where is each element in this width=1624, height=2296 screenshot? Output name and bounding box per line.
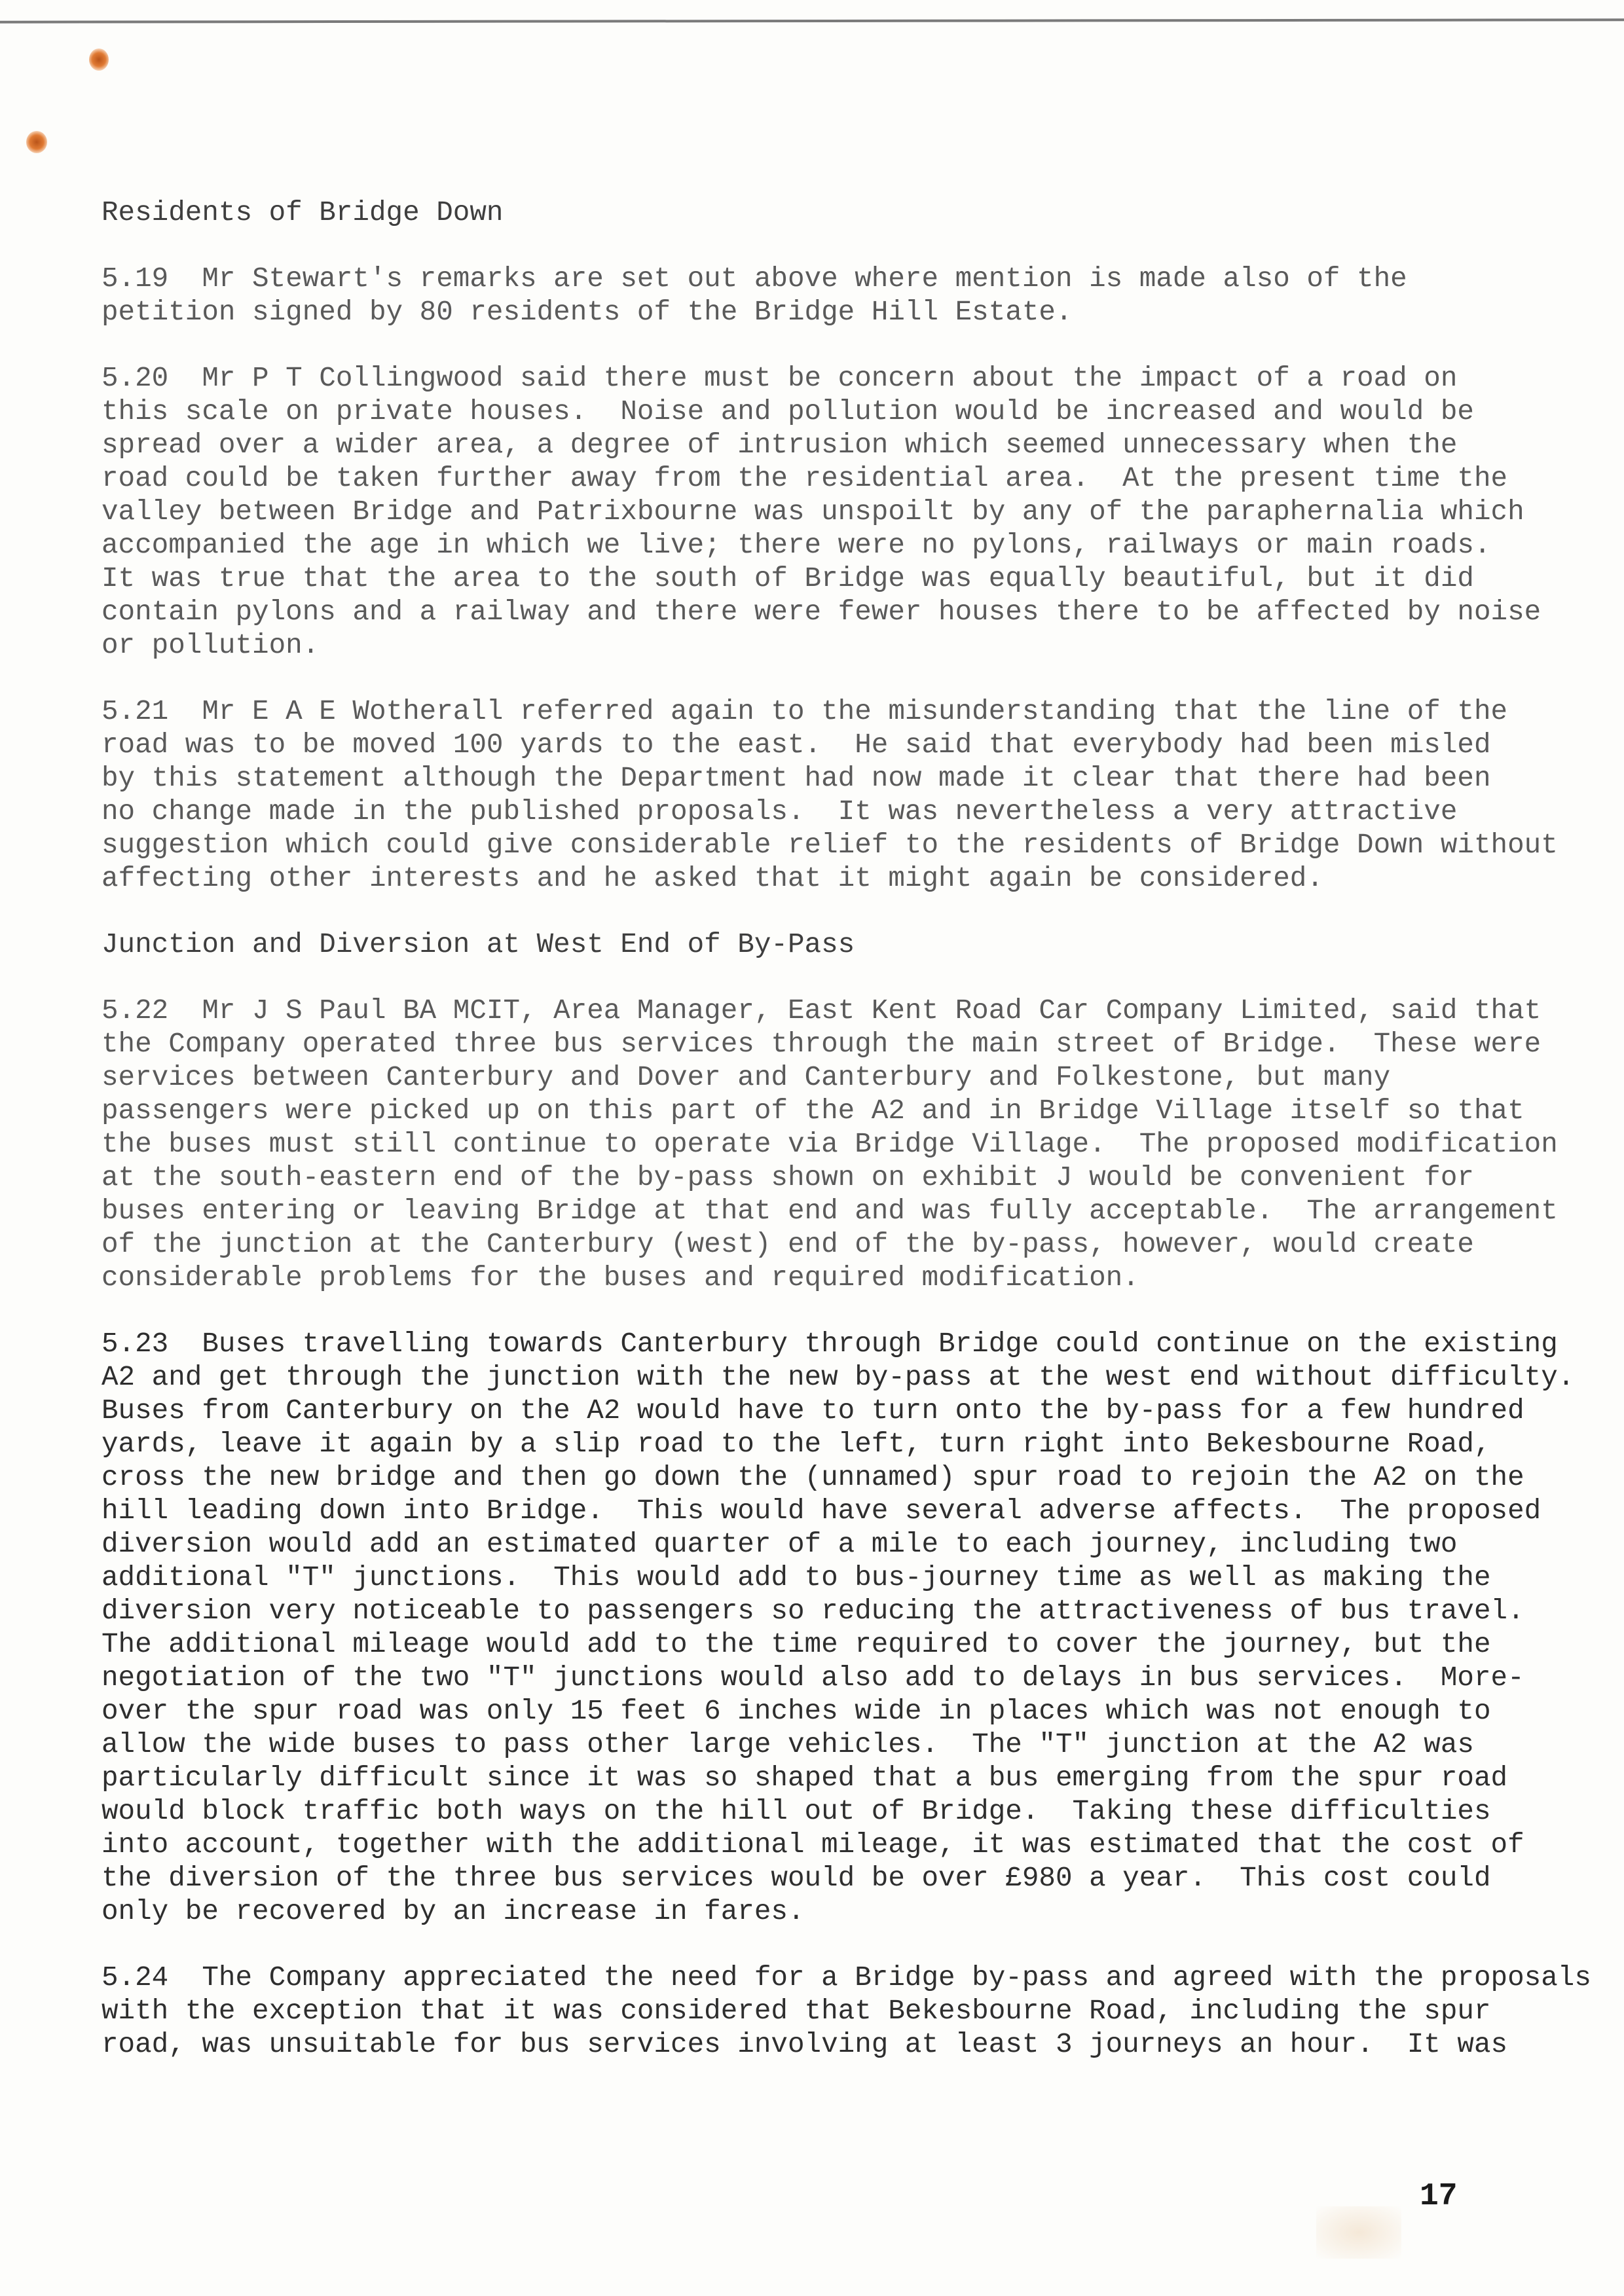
text-line: road could be taken further away from th… xyxy=(101,462,1568,496)
text-line: considerable problems for the buses and … xyxy=(101,1262,1568,1295)
text-line: cross the new bridge and then go down th… xyxy=(101,1461,1568,1495)
text-line: over the spur road was only 15 feet 6 in… xyxy=(101,1695,1568,1728)
text-line: into account, together with the addition… xyxy=(101,1829,1568,1862)
text-line: petition signed by 80 residents of the B… xyxy=(101,296,1568,329)
text-line: would block traffic both ways on the hil… xyxy=(101,1795,1568,1829)
text-line: affecting other interests and he asked t… xyxy=(101,862,1568,896)
paragraph-5-23: 5.23 Buses travelling towards Canterbury… xyxy=(101,1328,1568,1929)
text-line: additional "T" junctions. This would add… xyxy=(101,1561,1568,1595)
text-line: The additional mileage would add to the … xyxy=(101,1628,1568,1662)
text-line: road, was unsuitable for bus services in… xyxy=(101,2028,1568,2062)
text-line: the buses must still continue to operate… xyxy=(101,1128,1568,1161)
text-line: the diversion of the three bus services … xyxy=(101,1862,1568,1895)
text-line: accompanied the age in which we live; th… xyxy=(101,529,1568,562)
text-line: road was to be moved 100 yards to the ea… xyxy=(101,729,1568,762)
text-line: by this statement although the Departmen… xyxy=(101,762,1568,795)
text-line: spread over a wider area, a degree of in… xyxy=(101,429,1568,462)
text-line: 5.19 Mr Stewart's remarks are set out ab… xyxy=(101,263,1568,296)
paragraph-5-22: 5.22 Mr J S Paul BA MCIT, Area Manager, … xyxy=(101,994,1568,1295)
text-line: diversion would add an estimated quarter… xyxy=(101,1528,1568,1561)
paragraph-5-19: 5.19 Mr Stewart's remarks are set out ab… xyxy=(101,263,1568,329)
text-line: A2 and get through the junction with the… xyxy=(101,1361,1568,1394)
text-line: passengers were picked up on this part o… xyxy=(101,1095,1568,1128)
text-line: at the south-eastern end of the by-pass … xyxy=(101,1161,1568,1195)
text-line: the Company operated three bus services … xyxy=(101,1028,1568,1061)
section-heading: Residents of Bridge Down xyxy=(101,196,1568,230)
text-line: diversion very noticeable to passengers … xyxy=(101,1595,1568,1628)
text-line: 5.23 Buses travelling towards Canterbury… xyxy=(101,1328,1568,1361)
punch-hole-rust-mark xyxy=(26,131,47,153)
section-heading: Junction and Diversion at West End of By… xyxy=(101,928,1568,962)
text-line: with the exception that it was considere… xyxy=(101,1995,1568,2028)
paper-stain xyxy=(1316,2206,1401,2259)
text-line: allow the wide buses to pass other large… xyxy=(101,1728,1568,1762)
paragraph-5-20: 5.20 Mr P T Collingwood said there must … xyxy=(101,362,1568,663)
text-line: negotiation of the two "T" junctions wou… xyxy=(101,1662,1568,1695)
text-line: It was true that the area to the south o… xyxy=(101,562,1568,596)
text-line: services between Canterbury and Dover an… xyxy=(101,1061,1568,1095)
text-line: particularly difficult since it was so s… xyxy=(101,1762,1568,1795)
paragraph-5-24: 5.24 The Company appreciated the need fo… xyxy=(101,1961,1568,2062)
page-top-edge xyxy=(0,18,1624,23)
text-line: valley between Bridge and Patrixbourne w… xyxy=(101,496,1568,529)
text-line: 5.20 Mr P T Collingwood said there must … xyxy=(101,362,1568,395)
text-line: no change made in the published proposal… xyxy=(101,795,1568,829)
text-line: Buses from Canterbury on the A2 would ha… xyxy=(101,1394,1568,1428)
text-line: this scale on private houses. Noise and … xyxy=(101,395,1568,429)
text-line: 5.24 The Company appreciated the need fo… xyxy=(101,1961,1568,1995)
text-line: 5.21 Mr E A E Wotherall referred again t… xyxy=(101,695,1568,729)
text-line: yards, leave it again by a slip road to … xyxy=(101,1428,1568,1461)
text-line: buses entering or leaving Bridge at that… xyxy=(101,1195,1568,1228)
text-line: of the junction at the Canterbury (west)… xyxy=(101,1228,1568,1262)
page-number: 17 xyxy=(1420,2179,1458,2214)
text-line: only be recovered by an increase in fare… xyxy=(101,1895,1568,1929)
punch-hole-rust-mark xyxy=(89,48,109,71)
text-line: 5.22 Mr J S Paul BA MCIT, Area Manager, … xyxy=(101,994,1568,1028)
paragraph-5-21: 5.21 Mr E A E Wotherall referred again t… xyxy=(101,695,1568,896)
text-line: or pollution. xyxy=(101,629,1568,663)
text-line: suggestion which could give considerable… xyxy=(101,829,1568,862)
text-line: contain pylons and a railway and there w… xyxy=(101,596,1568,629)
text-line: hill leading down into Bridge. This woul… xyxy=(101,1495,1568,1528)
document-body: Residents of Bridge Down5.19 Mr Stewart'… xyxy=(101,196,1568,2094)
